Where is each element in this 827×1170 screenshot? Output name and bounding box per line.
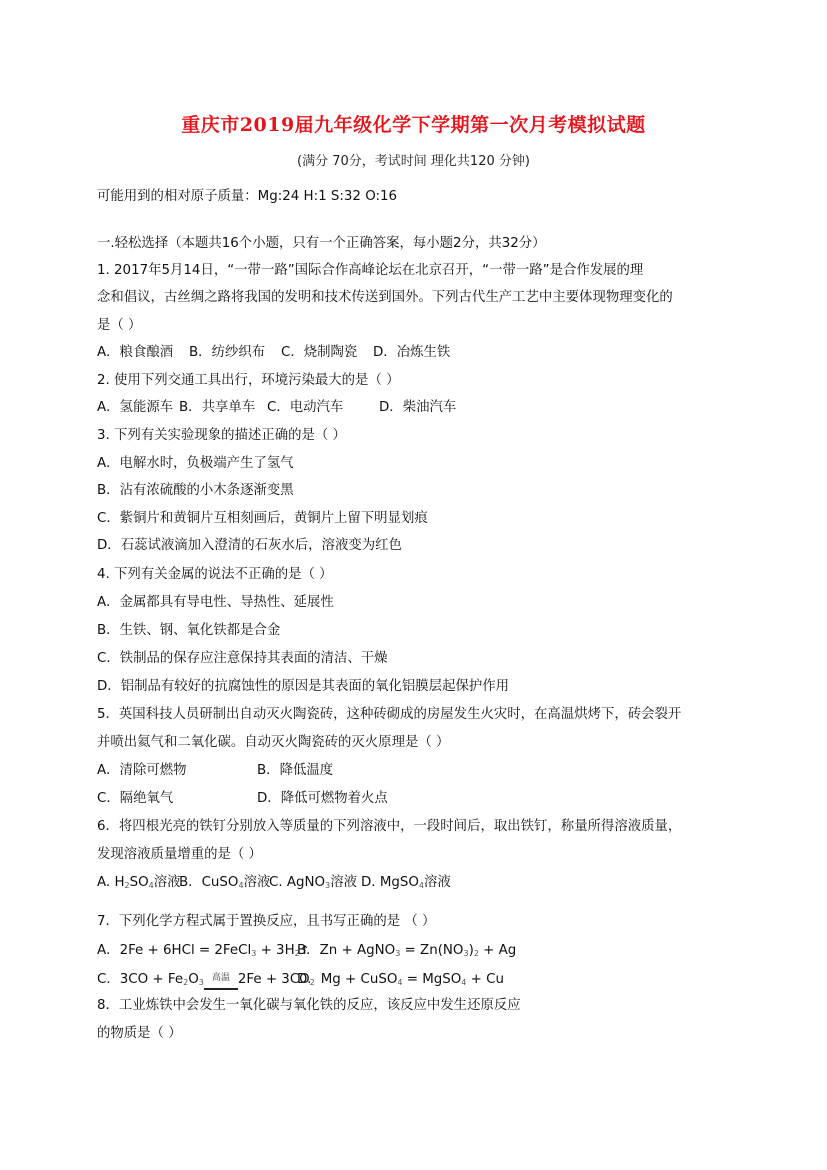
- option-c: C．隔绝氧气: [97, 790, 257, 808]
- question-1-options: A．粮食酿酒B．纺纱织布C．烧制陶瓷D．冶炼生铁: [97, 344, 450, 362]
- question-3-line-1: 3. 下列有关实验现象的描述正确的是（ ）: [97, 427, 346, 445]
- question-7-options-row-2: C．3CO + Fe2O3高温2Fe + 3CO2D．Mg + CuSO4 = …: [97, 969, 504, 992]
- question-4-option-c: C．铁制品的保存应注意保持其表面的清洁、干燥: [97, 650, 388, 668]
- question-3-option-a: A．电解水时，负极端产生了氢气: [97, 455, 294, 473]
- question-2-options: A．氢能源车B．共享单车C．电动汽车D．柴油汽车: [97, 399, 456, 417]
- section-header: 一.轻松选择（本题共16个小题，只有一个正确答案，每小题2分，共32分）: [97, 235, 546, 253]
- question-7-options-row-1: A．2Fe + 6HCl = 2FeCl3 + 3H2↑B．Zn + AgNO3…: [97, 941, 516, 963]
- option-d: D. MgSO4溶液: [361, 874, 451, 895]
- option-c: C．烧制陶瓷: [281, 344, 373, 362]
- question-8-line-1: 8．工业炼铁中会发生一氧化碳与氧化铁的反应，该反应中发生还原反应: [97, 997, 521, 1015]
- question-4-option-d: D．铝制品有较好的抗腐蚀性的原因是其表面的氧化铝膜层起保护作用: [97, 678, 509, 696]
- option-d: D．冶炼生铁: [373, 344, 450, 362]
- option-b: B．共享单车: [179, 399, 267, 417]
- option-b: B．纺纱织布: [189, 344, 281, 362]
- question-3-option-c: C．紫铜片和黄铜片互相刻画后，黄铜片上留下明显划痕: [97, 510, 428, 528]
- question-3-option-b: B．沾有浓硫酸的小木条逐渐变黑: [97, 482, 294, 500]
- question-1-line-1: 1. 2017年5月14日，“一带一路”国际合作高峰论坛在北京召开，“一带一路”…: [97, 262, 643, 280]
- option-d: D．降低可燃物着火点: [257, 790, 388, 808]
- exam-info: (满分 70分，考试时间 理化共120 分钟): [0, 150, 827, 169]
- question-5-options-row-1: A．清除可燃物B．降低温度: [97, 762, 333, 780]
- question-4-option-a: A．金属都具有导电性、导热性、延展性: [97, 594, 334, 612]
- question-6-line-1: 6．将四根光亮的铁钉分别放入等质量的下列溶液中，一段时间后，取出铁钉，称量所得溶…: [97, 818, 681, 836]
- question-1-line-2: 念和倡议，古丝绸之路将我国的发明和技术传送到国外。下列古代生产工艺中主要体现物理…: [97, 289, 673, 307]
- option-d: D．Mg + CuSO4 = MgSO4 + Cu: [297, 971, 504, 992]
- option-a: A．粮食酿酒: [97, 344, 189, 362]
- question-2-line-1: 2. 使用下列交通工具出行，环境污染最大的是（ ）: [97, 372, 400, 390]
- option-c: C．电动汽车: [267, 399, 379, 417]
- option-b: B．降低温度: [257, 762, 333, 780]
- question-3-option-d: D．石蕊试液滴加入澄清的石灰水后，溶液变为红色: [97, 537, 402, 555]
- question-8-line-2: 的物质是（ ）: [97, 1025, 182, 1043]
- exam-page: 重庆市2019届九年级化学下学期第一次月考模拟试题 (满分 70分，考试时间 理…: [0, 0, 827, 1170]
- question-1-line-3: 是（ ）: [97, 317, 141, 335]
- option-c: C．3CO + Fe2O3高温2Fe + 3CO2: [97, 969, 297, 992]
- option-d: D．柴油汽车: [379, 399, 456, 417]
- question-6-line-2: 发现溶液质量增重的是（ ）: [97, 846, 262, 864]
- question-5-line-1: 5．英国科技人员研制出自动灭火陶瓷砖，这种砖砌成的房屋发生火灾时，在高温烘烤下，…: [97, 706, 681, 724]
- option-a: A. H2SO4溶液: [97, 874, 179, 895]
- option-b: B．CuSO4溶液: [179, 874, 269, 895]
- document-title: 重庆市2019届九年级化学下学期第一次月考模拟试题: [0, 110, 827, 137]
- atomic-masses: 可能用到的相对原子质量：Mg:24 H:1 S:32 O:16: [97, 188, 397, 206]
- option-a: A．清除可燃物: [97, 762, 257, 780]
- question-4-line-1: 4. 下列有关金属的说法不正确的是（ ）: [97, 566, 333, 584]
- question-7-line-1: 7．下列化学方程式属于置换反应，且书写正确的是 （ ）: [97, 913, 435, 931]
- question-5-line-2: 并喷出氦气和二氧化碳。自动灭火陶瓷砖的灭火原理是（ ）: [97, 734, 449, 752]
- reaction-condition: 高温: [204, 969, 238, 987]
- option-a: A．2Fe + 6HCl = 2FeCl3 + 3H2↑: [97, 941, 297, 963]
- question-6-options: A. H2SO4溶液B．CuSO4溶液C. AgNO3溶液D. MgSO4溶液: [97, 874, 451, 895]
- question-5-options-row-2: C．隔绝氧气D．降低可燃物着火点: [97, 790, 388, 808]
- option-b: B．Zn + AgNO3 = Zn(NO3)2 + Ag: [297, 942, 516, 963]
- option-a: A．氢能源车: [97, 399, 179, 417]
- option-c: C. AgNO3溶液: [269, 874, 361, 895]
- question-4-option-b: B．生铁、钢、氧化铁都是合金: [97, 622, 280, 640]
